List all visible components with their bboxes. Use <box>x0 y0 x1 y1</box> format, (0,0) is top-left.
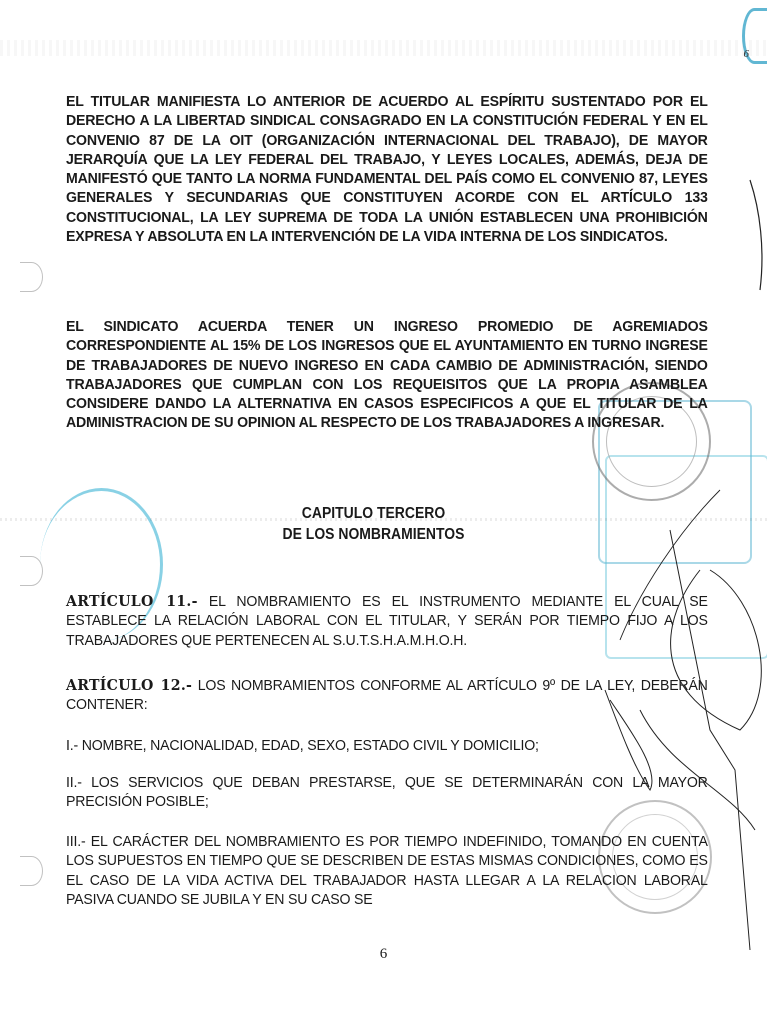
chapter-title: CAPITULO TERCERO <box>0 504 747 524</box>
page-number: 6 <box>0 946 767 963</box>
corner-page-number: 6 <box>744 48 750 60</box>
article-12: ARTÍCULO 12.- LOS NOMBRAMIENTOS CONFORME… <box>66 676 708 715</box>
list-item: III.- EL CARÁCTER DEL NOMBRAMIENTO ES PO… <box>66 832 708 909</box>
paragraph-titular: EL TITULAR MANIFIESTA LO ANTERIOR DE ACU… <box>66 92 708 246</box>
chapter-subtitle: DE LOS NOMBRAMIENTOS <box>0 525 747 545</box>
paragraph-sindicato: EL SINDICATO ACUERDA TENER UN INGRESO PR… <box>66 317 708 433</box>
list-item: I.- NOMBRE, NACIONALIDAD, EDAD, SEXO, ES… <box>66 736 708 755</box>
article-11-label: ARTÍCULO 11.- <box>66 592 198 610</box>
scanned-document-page: 6 EL TITULAR MANIFIESTA LO ANTERIOR DE A… <box>0 0 767 1022</box>
list-item: II.- LOS SERVICIOS QUE DEBAN PRESTARSE, … <box>66 773 708 812</box>
binder-hole-icon <box>20 262 43 292</box>
scan-noise-band <box>0 40 767 56</box>
article-12-label: ARTÍCULO 12.- <box>66 676 192 694</box>
article-11: ARTÍCULO 11.- EL NOMBRAMIENTO ES EL INST… <box>66 592 708 650</box>
binder-hole-icon <box>20 556 43 586</box>
binder-hole-icon <box>20 856 43 886</box>
